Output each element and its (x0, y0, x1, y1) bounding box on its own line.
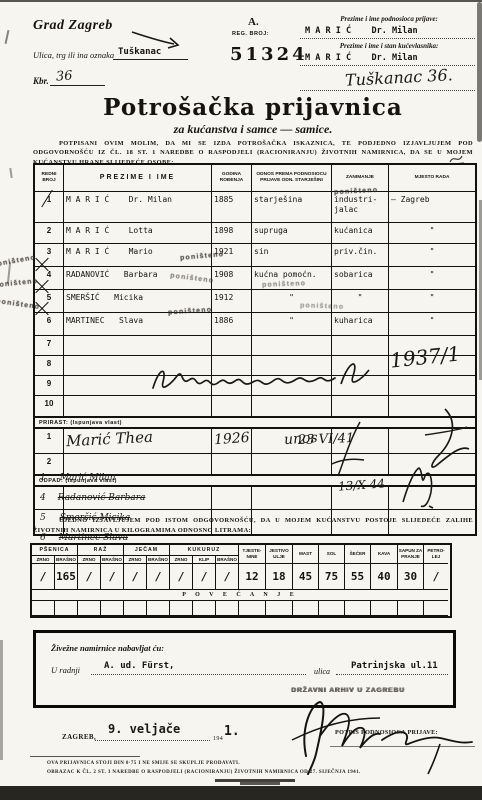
stock-value: 18 (266, 564, 293, 590)
member-occupation: kućanica (332, 223, 389, 243)
empty-cell (319, 601, 345, 616)
shop-name-value: A. ud. Fürst, (104, 661, 174, 671)
table-row: 1 M A R I Ć Dr. Milan 1885 starješina in… (35, 192, 475, 223)
table-row: 2 M A R I Ć Lotta 1898 supruga kućanica … (35, 223, 475, 244)
stock-value: / (78, 564, 101, 590)
stock-value: 75 (319, 564, 345, 590)
street-rule (113, 59, 188, 60)
form-title: Potrošačka prijavnica (33, 94, 473, 121)
row-number: 4 (35, 267, 64, 289)
form-letter: A. (248, 16, 259, 28)
member-year: 1908 (212, 267, 252, 289)
reg-number-label: REG. BROJ: (232, 31, 269, 37)
empty-cell (345, 601, 371, 616)
member-relation: sin (252, 244, 332, 266)
house-number-rule (50, 85, 105, 86)
member-workplace: " (389, 267, 475, 289)
applicant-label: Prezime i ime podnosioca prijave: (305, 15, 473, 23)
member-workplace: " (389, 290, 475, 312)
applicant-name: M A R I Ć Dr. Milan (305, 26, 418, 36)
street-value: Tuškanac (118, 47, 161, 57)
member-year: 1898 (212, 223, 252, 243)
empty-cell (371, 601, 398, 616)
stock-value: 12 (239, 564, 266, 590)
group-header-jecam: JEČAM (124, 545, 170, 556)
col-header-name: PREZIME I IME (64, 165, 212, 191)
archive-stamp: DRŽAVNI ARHIV U ZAGREBU (291, 687, 405, 694)
empty-cell (293, 601, 319, 616)
table-header-row: REDNI BROJ PREZIME I IME GODINA ROĐENJA … (35, 165, 475, 192)
member-relation: " (252, 313, 332, 335)
col-header-workplace: MJESTO RADA (389, 165, 475, 191)
house-number-value: 36 (55, 68, 73, 84)
subcol-zrno: ZRNO (170, 556, 193, 564)
col-header-ulje: JESTIVO ULJE (266, 545, 293, 564)
empty-cell (332, 396, 389, 416)
member-year: 1886 (212, 313, 252, 335)
subcol-brasno: BRAŠNO (216, 556, 239, 564)
street-label: Ulica, trg ili ina oznaka (33, 50, 114, 60)
empty-cell (212, 454, 252, 474)
member-workplace: " (389, 244, 475, 266)
signing-date-handwritten: 9. veljače (108, 722, 180, 736)
applicant-signature (290, 696, 480, 776)
city-name: Grad Zagreb (33, 18, 113, 34)
col-header-relation: ODNOS PREMA PODNOSIOCU PRIJAVE ODN. STAR… (252, 165, 332, 191)
col-header-number: REDNI BROJ (35, 165, 64, 191)
row-number: 1 (35, 429, 64, 453)
member-workplace: " (389, 313, 475, 335)
subcol-klip: KLIP (193, 556, 216, 564)
member-name: M A R I Ć Lotta (64, 223, 212, 243)
prirast-year-handwritten: 1926 (213, 430, 250, 448)
col-header-petrolej: PETRO-LEJ (424, 545, 448, 564)
shop-name-rule (91, 674, 306, 675)
row-number: 8 (35, 356, 64, 375)
odpad-entry-name: Radanović Barbara (58, 493, 146, 503)
empty-cell (424, 601, 448, 616)
member-name: MARTINEC Slava (64, 313, 212, 335)
stock-value: / (124, 564, 147, 590)
member-year: 1912 (212, 290, 252, 312)
table-row: 10 (35, 396, 475, 416)
row-number: 7 (35, 336, 64, 355)
member-occupation: kuharica (332, 313, 389, 335)
member-occupation: industri-jalac (332, 192, 389, 222)
empty-cell (389, 376, 475, 395)
owner-address-handwritten: Tuškanac 36. (345, 65, 454, 90)
prirast-year-cell: 1926 (212, 429, 252, 453)
member-name: M A R I Ć Dr. Milan (64, 192, 212, 222)
stock-value: / (101, 564, 124, 590)
owner-name: M A R I Ć Dr. Milan (305, 53, 418, 63)
scan-artifact (477, 2, 482, 142)
member-workplace: " (389, 223, 475, 243)
shop-street-label: ulica (314, 667, 330, 676)
scan-artifact (9, 168, 12, 178)
ponisteno-stamp: poništeno (300, 302, 344, 311)
member-workplace: — Zagreb (389, 192, 475, 222)
stock-value: 30 (398, 564, 424, 590)
subcol-brasno: BRAŠNO (55, 556, 78, 564)
col-header-kava: KAVA (371, 545, 398, 564)
stock-value: 55 (345, 564, 371, 590)
col-header-tjestenine: TJESTE-NINE (239, 545, 266, 564)
subcol-zrno: ZRNO (78, 556, 101, 564)
empty-cell (78, 601, 101, 616)
stock-value: / (147, 564, 170, 590)
stocks-declaration-text: UJEDNO IZJAVLJUJEM POD ISTOM ODGOVORNOŠĆ… (33, 516, 473, 535)
empty-cell (193, 601, 216, 616)
owner-label: Prezime i ime i stan kućevlasnika: (305, 42, 473, 50)
form-subtitle: za kućanstva i samce — samice. (33, 122, 473, 137)
empty-cell (252, 487, 332, 509)
member-year: 1885 (212, 192, 252, 222)
odpad-paraph (395, 462, 440, 512)
empty-cell (147, 601, 170, 616)
scan-artifact (0, 640, 3, 760)
empty-cell (64, 396, 212, 416)
owner-address-rule (300, 90, 475, 91)
applicant-rule (300, 38, 475, 39)
prirast-row: 1 Marić Thea 1926 unos (35, 429, 475, 454)
stock-value: / (170, 564, 193, 590)
empty-cell (212, 487, 252, 509)
member-occupation: sobarica (332, 267, 389, 289)
table-row: 5 SMERŠIĆ Micika 1912 " " " (35, 290, 475, 313)
empty-cell (32, 601, 55, 616)
food-stocks-table: PŠENICA RAŽ JEČAM KUKURUZ TJESTE-NINE JE… (30, 543, 452, 618)
prirast-name-handwritten: Marić Thea (66, 428, 154, 451)
col-header-mast: MAST (293, 545, 319, 564)
shop-radnji-label: U radnji (51, 665, 80, 675)
stock-value: / (32, 564, 55, 590)
empty-cell (252, 396, 332, 416)
scan-artifact (5, 30, 10, 44)
group-header-psenica: PŠENICA (32, 545, 78, 556)
signing-date-rule (95, 740, 210, 741)
footer-regulation-note: OBRAZAC K ČL. 2 ST. 3 NAREDBE O RASPODJE… (47, 770, 361, 775)
stock-value: / (193, 564, 216, 590)
member-occupation: priv.čin. (332, 244, 389, 266)
table-row: 4 RADANOVIĆ Barbara 1908 kućna pomoćn. s… (35, 267, 475, 290)
empty-cell (170, 601, 193, 616)
odpad-entry-number: 1 (40, 473, 46, 483)
member-relation: supruga (252, 223, 332, 243)
ponisteno-stamp: poništeno (0, 254, 37, 269)
signing-year-handwritten: 1. (224, 724, 240, 739)
group-header-raz: RAŽ (78, 545, 124, 556)
footer-price-note: OVA PRIJAVNICA STOJI DIN 0·75 I NE SMIJE… (47, 761, 240, 766)
shop-street-rule (336, 674, 448, 675)
house-number-label: Kbr. (33, 76, 49, 86)
group-header-kukuruz: KUKURUZ (170, 545, 239, 556)
row-number: 6 (35, 313, 64, 335)
table-row: 3 M A R I Ć Mario 1921 sin priv.čin. " (35, 244, 475, 267)
scan-artifact (0, 0, 482, 2)
shop-street-value: Patrinjska ul.11 (351, 661, 438, 671)
povecanje-label: P O V E Ć A N J E (32, 590, 448, 601)
subcol-brasno: BRAŠNO (101, 556, 124, 564)
handwritten-scrawl (145, 340, 385, 398)
empty-cell (398, 601, 424, 616)
empty-cell (55, 601, 78, 616)
row-number: 10 (35, 396, 64, 416)
table-row: 6 MARTINEC Slava 1886 " kuharica " (35, 313, 475, 336)
stock-value: 45 (293, 564, 319, 590)
col-header-secer: ŠEĆER (345, 545, 371, 564)
prirast-flourish (330, 420, 370, 480)
footer-ink-mark (240, 782, 280, 785)
col-header-year: GODINA ROĐENJA (212, 165, 252, 191)
empty-cell (124, 601, 147, 616)
footer-rule (30, 756, 140, 757)
member-relation: starješina (252, 192, 332, 222)
row-number: 9 (35, 376, 64, 395)
subcol-brasno: BRAŠNO (147, 556, 170, 564)
empty-cell (252, 454, 332, 474)
odpad-entry-number: 4 (40, 493, 46, 503)
empty-cell (216, 601, 239, 616)
scanned-ration-form: Grad Zagreb Ulica, trg ili ina oznaka Tu… (0, 0, 482, 800)
subcol-zrno: ZRNO (32, 556, 55, 564)
prirast-section-label: PRIRAST: (Ispunjava vlast) (35, 416, 475, 429)
empty-cell (239, 601, 266, 616)
stock-value: 40 (371, 564, 398, 590)
empty-cell (212, 396, 252, 416)
signing-place: ZAGREB, (62, 733, 96, 741)
prirast-name-cell: Marić Thea (64, 429, 212, 453)
col-header-sapun: SAPUN ZA PRANJE (398, 545, 424, 564)
shop-line1: Živežne namirnice nabavljat ću: (51, 643, 164, 653)
empty-cell (101, 601, 124, 616)
stock-value: / (216, 564, 239, 590)
signing-year-printed: 194 (213, 736, 223, 742)
col-header-sol: SOL (319, 545, 345, 564)
reg-number-value: 51324 (230, 44, 308, 65)
empty-cell (266, 601, 293, 616)
stock-value: / (424, 564, 448, 590)
row-number: 2 (35, 223, 64, 243)
stock-value: 165 (55, 564, 78, 590)
row-number: 1 (35, 192, 64, 222)
odpad-entry-name: Marić Milan (60, 473, 116, 483)
subcol-zrno: ZRNO (124, 556, 147, 564)
scan-artifact (0, 786, 482, 800)
